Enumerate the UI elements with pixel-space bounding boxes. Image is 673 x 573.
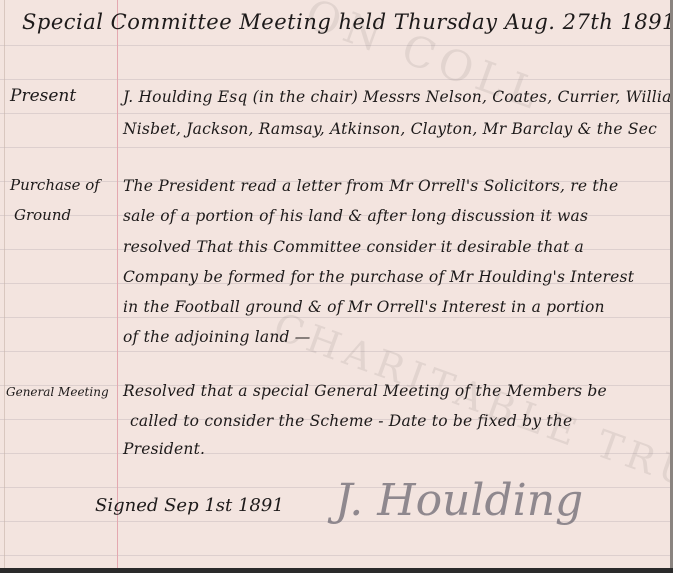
section-label-ground: Ground <box>14 207 71 224</box>
signed-date: Signed Sep 1st 1891 <box>95 495 284 516</box>
purchase-line: Company be formed for the purchase of Mr… <box>123 268 634 286</box>
purchase-line: The President read a letter from Mr Orre… <box>123 177 618 195</box>
document-page: ON COLL CHARITABLE TRUST Special Committ… <box>0 0 670 568</box>
present-line: Nisbet, Jackson, Ramsay, Atkinson, Clayt… <box>123 120 657 138</box>
purchase-line: of the adjoining land — <box>123 328 310 346</box>
margin-line <box>117 0 118 568</box>
left-rule-line <box>4 0 5 568</box>
purchase-line: in the Football ground & of Mr Orrell's … <box>123 298 605 316</box>
general-meeting-line: Resolved that a special General Meeting … <box>123 382 607 400</box>
section-label-present: Present <box>10 88 76 105</box>
section-label-general-meeting: General Meeting <box>6 384 109 401</box>
general-meeting-line: called to consider the Scheme - Date to … <box>130 412 572 430</box>
signature: J. Houlding <box>335 475 583 526</box>
purchase-line: resolved That this Committee consider it… <box>123 238 584 256</box>
purchase-line: sale of a portion of his land & after lo… <box>123 207 588 225</box>
present-line: J. Houlding Esq (in the chair) Messrs Ne… <box>123 88 670 106</box>
section-label-purchase: Purchase of <box>10 177 100 194</box>
general-meeting-line: President. <box>123 440 205 458</box>
page-title: Special Committee Meeting held Thursday … <box>22 10 670 34</box>
